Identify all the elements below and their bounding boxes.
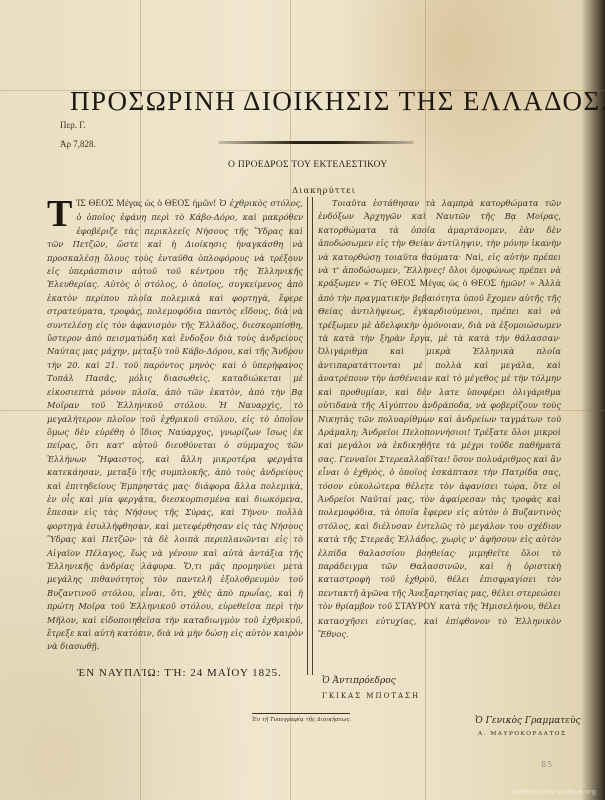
vice-president-title: Ὁ Ἀντιπρόεδρος (322, 676, 396, 686)
vice-president-name: ΓΚΙΚΑΣ ΜΠΟΤΑΣΗ (322, 692, 420, 700)
right-column-body-1: Τοιαῦτα ἐστάθησαν τὰ λαμπρὰ κατορθώματα … (318, 198, 561, 288)
archive-number: 85 (541, 760, 553, 769)
opening-exclamation: ΊΣ ΘΕΟΣ Μέγας ὡς ὁ ΘΕΟΣ ἡμῶν! (76, 199, 216, 209)
proclaims-label: Διακηρύττει (292, 186, 356, 196)
issuer-heading: Ο ΠΡΟΕΔΡΟΣ ΤΟΥ ΕΚΤΕΛΕΣΤΙΚΟΥ (228, 160, 388, 170)
reference-period: Περ. Γ. (60, 120, 86, 130)
right-column-caps: ΘΕΟΣ Μέγας ὡς ὁ ΘΕΟΣ (391, 279, 496, 289)
cross-word: ΣΤΑΥΡΟΥ (395, 602, 436, 612)
left-column-text: Τ ΊΣ ΘΕΟΣ Μέγας ὡς ὁ ΘΕΟΣ ἡμῶν! Ὁ ἐχθρικ… (47, 197, 303, 654)
secretary-title: Ὁ Γενικὸς Γραμματεὺς (475, 716, 581, 726)
right-column-text: Τοιαῦτα ἐστάθησαν τὰ λαμπρὰ κατορθώματα … (318, 197, 561, 641)
left-column-body: Ὁ ἐχθρικὸς στόλος, ὁ ὁποῖος ἐφάνη περὶ τ… (47, 198, 303, 651)
document-title: ΠΡΟΣΩΡΙΝΗ ΔΙΟΙΚΗΣΙΣ ΤΗΣ ΕΛΛΑΔΟΣ. (70, 86, 570, 117)
secretary-name: Α. ΜΑΥΡΟΚΟΡΔΑΤΟΣ (478, 731, 567, 737)
right-column-body-2: ἡμῶν! » Ἀλλὰ ἀπὸ τὴν πραγματικὴν βεβαιότ… (318, 278, 561, 611)
column-divider (307, 197, 313, 675)
date-place-line: ἘΝ ΝΑΥΠΛΊΩ: ΤῊ: 24 ΜΑΪΟΥ 1825. (77, 667, 282, 679)
printer-rule (252, 713, 350, 714)
watermark: kolokotronis-archive.org (512, 788, 596, 796)
reference-number: Ἀρ 7,828. (60, 139, 96, 149)
printer-imprint: Ἐν τῇ Τυπογραφίᾳ τῆς Διοικήσεως. (252, 717, 351, 723)
ornamental-rule (218, 141, 414, 144)
drop-cap: Τ (47, 198, 72, 230)
